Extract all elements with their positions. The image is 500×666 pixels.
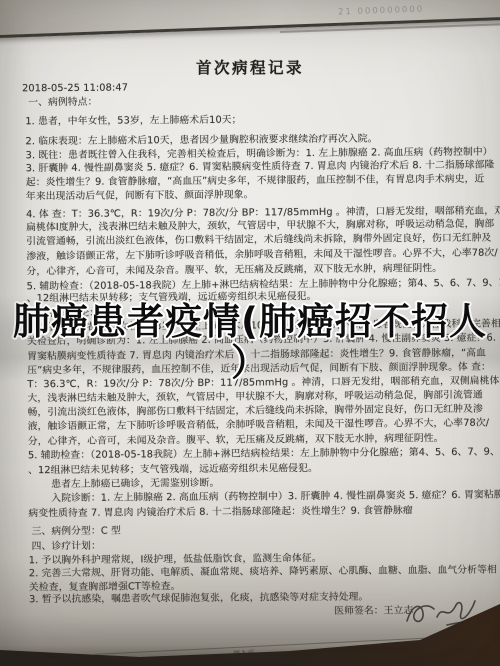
- document-line: 年来出现活动后气促，间断有下肢、颜面浮肿现象。: [26, 189, 254, 203]
- document-line: 起：炎性增生？9. 食管静脉瘤，“高血压”病史多年，不规律服药，血压控制不佳，有…: [26, 174, 485, 190]
- document-line: 液，触诊语颤正常，左下肺听诊呼吸音稍低，余肺呼吸音稍粗，未闻及干湿性啰音。心界不…: [28, 418, 490, 434]
- document-line: 2. 完善三大常规、肝肾功能、电解质、凝血常规、痰培养、降钙素原、心肌酶、血糖、…: [29, 565, 497, 581]
- document-line: 3. 肝囊肿 4. 慢性副鼻窦炎 5. 癔症？6. 胃窦粘膜病变性质待查 7. …: [26, 160, 495, 176]
- document-line: 1. 予以胸外科护理常规，I级护理，低盐低脂饮食，监测生命体征。: [29, 553, 322, 567]
- document-line: 3. 暂予以抗感染，嘱患者吹气球促肺泡复张，化痰，抗感染等对症支持处理。: [29, 592, 368, 607]
- document-line: 渗液，触诊语颤正常，左下肺听诊呼吸音稍低，余肺呼吸音稍粗，未闻及干湿性啰音。心界…: [26, 248, 497, 264]
- document-line: 分，心律齐，心音可，未闻及杂音。腹平、软，无压痛及反跳痛，双下肢无水肿，病理征阴…: [26, 263, 442, 278]
- overlay-caption: 肺癌患者疫情(肺癌招不招人 ）: [0, 294, 500, 384]
- document-line: 1. 患者，中年女性，53岁，左上肺癌术后10天；: [25, 115, 241, 129]
- document-line: 大，浅表淋巴结未触及肿大，颈软，气管居中，甲状腺不大，胸廓对称，呼吸运动稍急促，…: [27, 390, 482, 406]
- overlay-caption-line1: 肺癌患者疫情(肺癌招不招人: [13, 300, 487, 343]
- overlay-caption-line2: ）: [231, 341, 269, 384]
- document-line: 三、病例分型：C 型: [32, 526, 121, 539]
- document-line: 分，心律齐，心音可，未闻及杂音。腹平、软，无压痛及反跳痛，双下肢无水肿，病理征阴…: [28, 433, 444, 448]
- document-line: 2. 临床表现：左上肺癌术后10天，患者因少量胸腔积液要求继续治疗再次入院。: [25, 134, 377, 149]
- document-line: 患者左上肺癌已确诊，无需鉴别诊断。: [51, 478, 219, 491]
- photo-background: 21 000000000 首次病程记录 2018-05-25 11:08:47一…: [0, 0, 500, 666]
- document-line: 2018-05-25 11:08:47: [22, 82, 128, 95]
- document-line: 5. 辅助检查：（2018-05-18我院）左上肺+淋巴结病检结果：左上肺肿物中…: [28, 446, 500, 462]
- document-line: 入院诊断：1. 左上肺腺癌 2. 高血压病（药物控制中）3. 肝囊肿 4. 慢性…: [51, 490, 500, 506]
- document-line: 扁桃体I度肿大，浅表淋巴结未触及肿大，颈软，气管居中，甲状腺不大，胸廓对称，呼吸…: [26, 219, 494, 235]
- document-line: 畅，引流出淡红色液体，胸部伤口敷料干结固定，术后缝线尚未拆除，胸带外固定良好，伤…: [28, 404, 483, 420]
- document-line: 、12组淋巴结未见转移；支气管残端，远近癌旁组织未见癌侵犯。: [28, 463, 318, 477]
- document-line: 医师签名：王立志: [334, 605, 413, 618]
- document-line: 一、病例特点：: [28, 97, 97, 110]
- document-line: 病变性质待查 7. 胃息肉 内镜治疗术后 8. 十二指肠球部隆起：炎性增生？9.…: [28, 505, 413, 520]
- document-line: 引流管通畅，引流出淡红色液体，伤口敷料干结固定，术后缝线尚未拆除，胸带外固定良好…: [26, 233, 491, 249]
- document-line: 四、诊疗计划：: [32, 541, 101, 554]
